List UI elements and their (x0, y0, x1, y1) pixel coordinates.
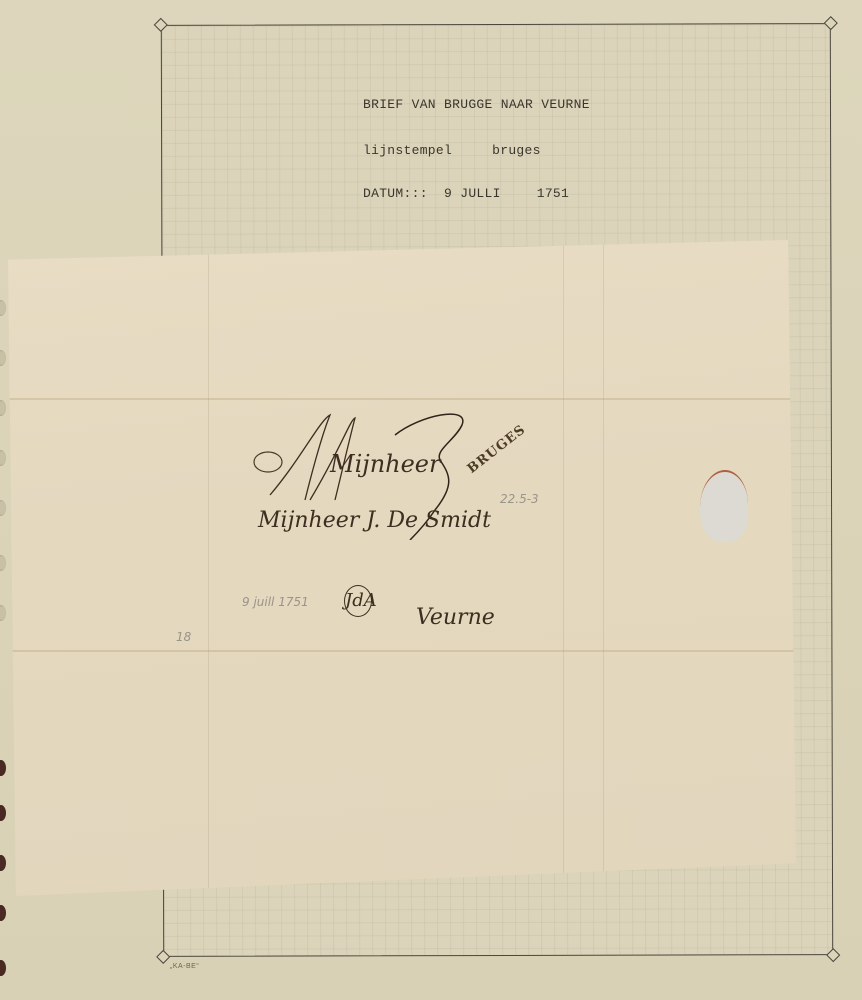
postmark-label: lijnstempel (363, 143, 452, 158)
binder-hole (0, 805, 6, 821)
pencil-code-note: 22.5-3 (500, 492, 539, 506)
date-line: DATUM::: 9 JULLI1751 (363, 186, 569, 201)
binder-hole (0, 855, 6, 871)
frame-corner-ornament (154, 18, 168, 32)
fold-line (8, 650, 796, 652)
binder-hole (0, 760, 6, 776)
fold-line (208, 240, 209, 896)
folded-letter (8, 240, 796, 896)
binder-hole (0, 960, 6, 976)
date-label: DATUM::: (363, 186, 428, 201)
binder-hole (0, 400, 6, 416)
date-year: 1751 (537, 186, 569, 201)
fold-line (603, 240, 604, 896)
torn-seal-area (700, 470, 748, 542)
pencil-number-note: 18 (176, 630, 191, 644)
postmark-value: bruges (492, 143, 541, 158)
album-brand-label: „KA-BE“ (170, 963, 199, 970)
salutation-text: Mijnheer (330, 450, 440, 478)
binder-hole (0, 605, 6, 621)
fold-line (563, 240, 564, 896)
monogram-mark: JdA (344, 585, 372, 617)
binder-hole (0, 450, 6, 466)
binder-hole (0, 555, 6, 571)
frame-corner-ornament (826, 948, 840, 962)
postmark-line: lijnstempelbruges (363, 143, 541, 158)
binder-hole (0, 300, 6, 316)
addressee-text: Mijnheer J. De Smidt (258, 508, 491, 533)
binder-hole (0, 905, 6, 921)
frame-corner-ornament (156, 950, 170, 964)
pencil-date-note: 9 juill 1751 (242, 595, 309, 609)
frame-corner-ornament (824, 16, 838, 30)
card-title: BRIEF VAN BRUGGE NAAR VEURNE (363, 97, 590, 112)
binder-hole (0, 500, 6, 516)
binder-hole (0, 350, 6, 366)
destination-text: Veurne (416, 605, 495, 630)
album-page: BRIEF VAN BRUGGE NAAR VEURNE lijnstempel… (0, 0, 862, 1000)
date-value: 9 JULLI (444, 186, 501, 201)
